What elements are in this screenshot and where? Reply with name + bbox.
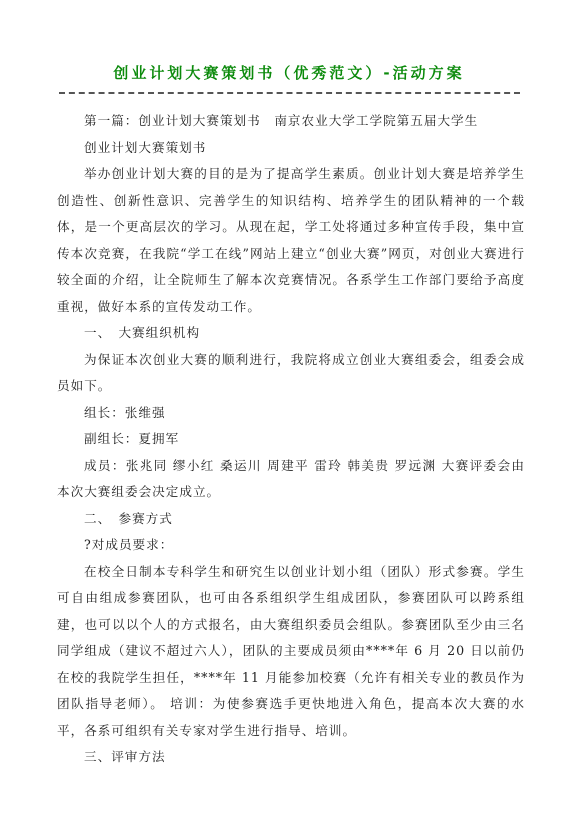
paragraph-participation-details: 在校全日制本专科学生和研究生以创业计划小组（团队）形式参赛。学生可自由组成参赛团… bbox=[57, 559, 525, 745]
document-title: 创业计划大赛策划书（优秀范文）-活动方案 bbox=[0, 62, 578, 84]
paragraph-group-leader: 组长：张维强 bbox=[57, 400, 525, 427]
paragraph-deputy-leader: 副组长：夏拥军 bbox=[57, 426, 525, 453]
paragraph-members: 成员：张兆同 缪小红 桑运川 周建平 雷玲 韩美贵 罗远渊 大赛评委会由本次大赛… bbox=[57, 453, 525, 506]
paragraph-part-heading: 第一篇：创业计划大赛策划书 南京农业大学工学院第五届大学生 bbox=[57, 108, 525, 135]
section-heading-participation: 二、 参赛方式 bbox=[57, 506, 525, 533]
paragraph-member-requirements-label: ?对成员要求： bbox=[57, 532, 525, 559]
paragraph-purpose: 举办创业计划大赛的目的是为了提高学生素质。创业计划大赛是培养学生创造性、创新性意… bbox=[57, 161, 525, 320]
paragraph-committee-intro: 为保证本次创业大赛的顺利进行，我院将成立创业大赛组委会，组委会成员如下。 bbox=[57, 347, 525, 400]
paragraph-subtitle: 创业计划大赛策划书 bbox=[57, 135, 525, 162]
document-page: 创业计划大赛策划书（优秀范文）-活动方案 第一篇：创业计划大赛策划书 南京农业大… bbox=[0, 0, 578, 818]
document-body: 第一篇：创业计划大赛策划书 南京农业大学工学院第五届大学生 创业计划大赛策划书 … bbox=[57, 108, 525, 771]
section-heading-evaluation: 三、评审方法 bbox=[57, 744, 525, 771]
title-dashed-divider bbox=[59, 92, 520, 94]
section-heading-organization: 一、 大赛组织机构 bbox=[57, 320, 525, 347]
